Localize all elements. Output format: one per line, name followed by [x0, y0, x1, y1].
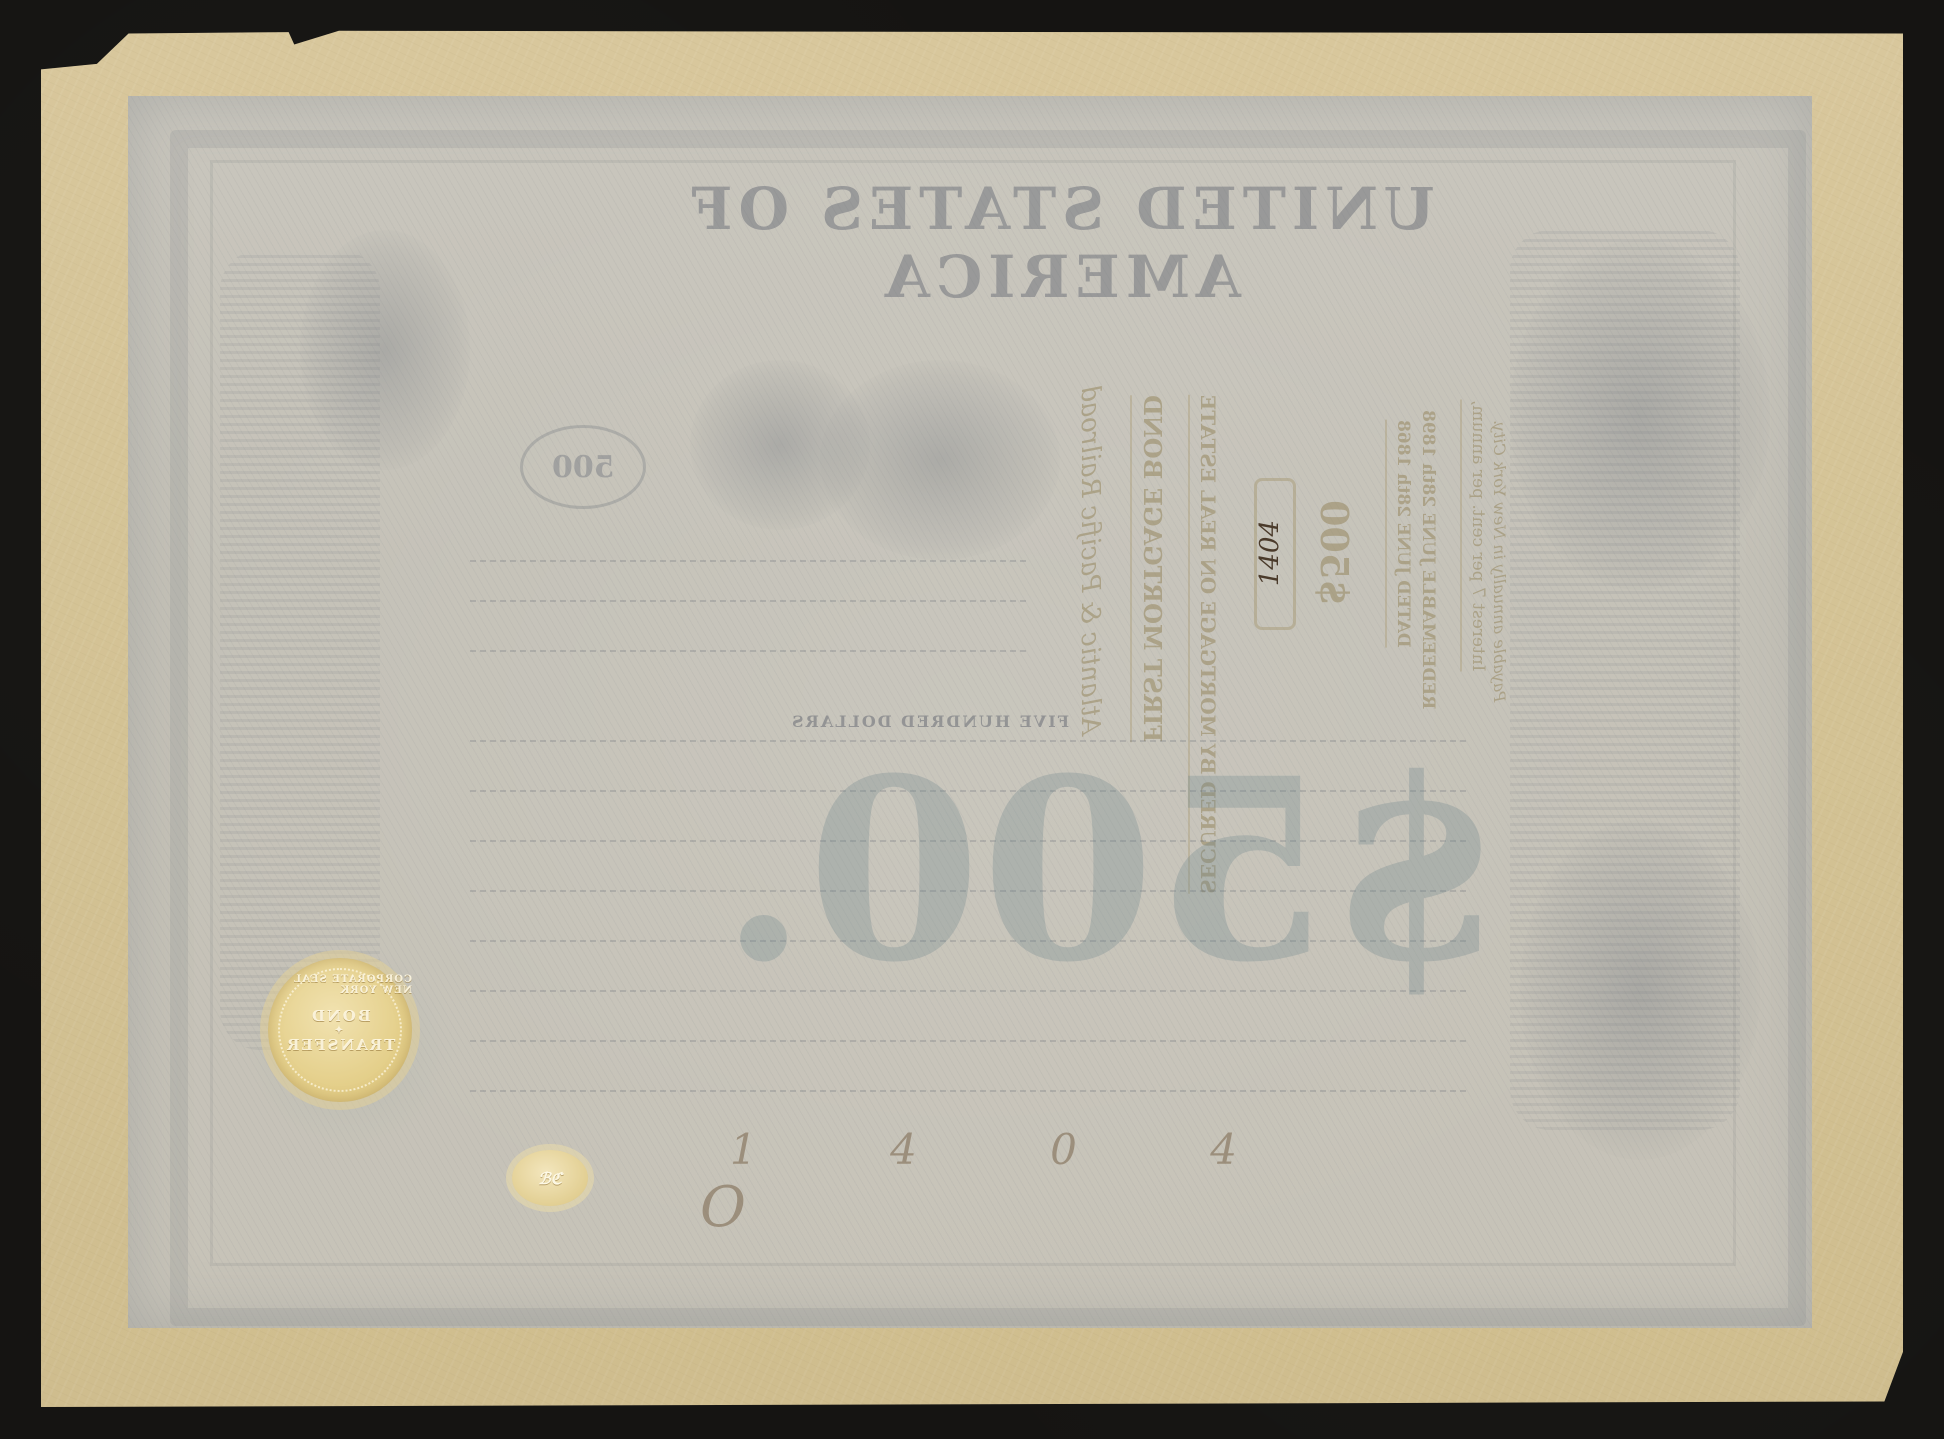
corporate-seal: CORPORATE SEAL NEW YORK BOND ✦ TRANSFER	[268, 958, 412, 1102]
large-denomination: $500.	[720, 730, 1340, 1010]
text-line	[470, 1090, 1470, 1092]
oval-number: 500	[552, 450, 615, 485]
bond-type-line: FIRST MORTGAGE BOND	[1130, 395, 1167, 742]
large-denomination-text: $500.	[720, 730, 1503, 1010]
text-line	[470, 600, 1030, 602]
denomination-small: $500	[1312, 500, 1357, 606]
redeemable-line: REDEEMABLE JUNE 28th 1898	[1418, 410, 1438, 709]
left-top-vignette	[300, 230, 470, 470]
text-line	[470, 560, 1030, 562]
serial-number-handwritten: 1404	[1255, 520, 1285, 586]
text-line	[470, 650, 1030, 652]
denomination-oval: 500	[520, 425, 646, 509]
seal-center-line-1: BOND	[310, 1007, 371, 1025]
pencil-oval-mark: O	[700, 1175, 746, 1240]
issuer-line: Atlantic & Pacific Railroad	[1075, 385, 1105, 735]
text-line	[470, 1040, 1470, 1042]
monogram-seal: ℬℭ	[512, 1150, 588, 1206]
certificate-title: UNITED STATES OF AMERICA	[500, 175, 1620, 355]
monogram-text: ℬℭ	[538, 1169, 562, 1188]
dated-line: DATED JUNE 28th 1868	[1385, 420, 1413, 648]
center-vignette	[820, 360, 1060, 560]
pencil-number-marks: 1 4 0 4	[730, 1125, 1297, 1174]
payable-line: Payable annually in New York City.	[1490, 420, 1509, 702]
interest-line: Interest 7 per cent. per annum,	[1460, 400, 1488, 672]
title-text: UNITED STATES OF AMERICA	[500, 175, 1620, 311]
seal-center-line-2: TRANSFER	[285, 1036, 395, 1054]
right-bottom-vignette	[1520, 820, 1760, 1160]
seal-ring-text: CORPORATE SEAL NEW YORK	[268, 974, 412, 996]
